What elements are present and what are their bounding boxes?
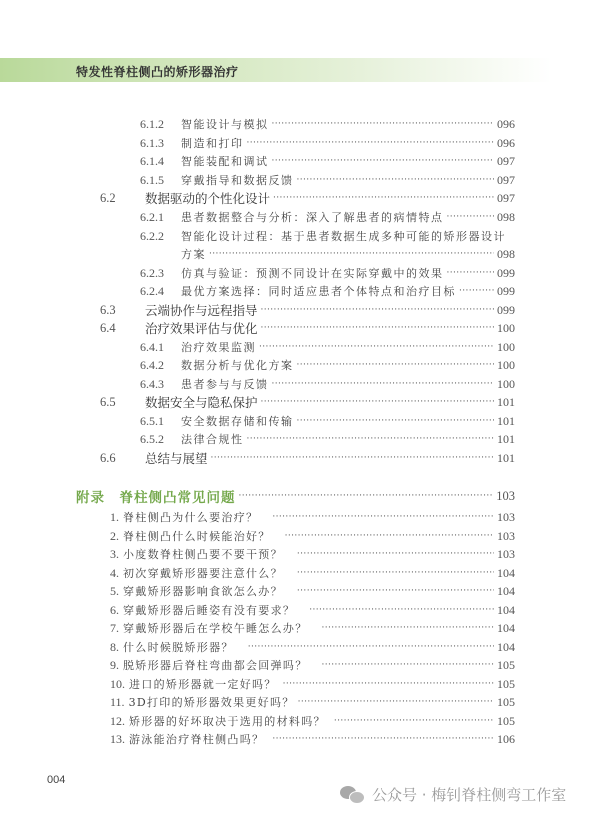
leader-dots: ········································… (261, 319, 494, 337)
leader-dots: ········································… (297, 564, 494, 582)
leader-dots: ········································… (261, 393, 494, 411)
toc-page: 096 (497, 136, 515, 151)
faq-page: 104 (497, 640, 515, 655)
toc-entry[interactable]: 6.5.1 安全数据存储和传输 ························… (140, 412, 515, 430)
faq-title: 什么时候脱矫形器？ (123, 639, 234, 655)
toc-entry[interactable]: 6.4.3 患者参与与反馈 ··························… (140, 375, 515, 393)
toc-page: 100 (497, 321, 515, 336)
faq-entry[interactable]: 5. 穿戴矫形器影响食欲怎么办？ ·······················… (110, 582, 515, 600)
leader-dots: ········································… (211, 449, 494, 467)
faq-number: 1. (110, 510, 119, 525)
faq-entry[interactable]: 4. 初次穿戴矫形器要注意什么？ ·······················… (110, 564, 515, 582)
faq-number: 10. (110, 677, 125, 692)
faq-title: 游泳能治疗脊柱侧凸吗？ (129, 731, 264, 747)
toc-entry[interactable]: 6.2.1 患者数据整合与分析：深入了解患者的病情特点 ············… (140, 208, 515, 226)
appendix-heading[interactable]: 附录 脊柱侧凸常见问题 ····························… (76, 485, 515, 507)
toc-page: 100 (497, 377, 515, 392)
toc-entry[interactable]: 6.3 云端协作与远程指导 ··························… (100, 301, 515, 319)
toc-number: 6.4.1 (140, 340, 181, 355)
faq-title: 初次穿戴矫形器要注意什么？ (123, 565, 283, 581)
leader-dots: ········································… (239, 487, 494, 505)
toc-title: 数据分析与优化方案 (181, 357, 294, 373)
toc-page: 098 (497, 210, 515, 225)
toc-title: 制造和打印 (181, 135, 244, 151)
faq-title: 穿戴矫形器后在学校午睡怎么办？ (123, 620, 308, 636)
toc-entry[interactable]: 6.4.1 治疗效果监测 ···························… (140, 338, 515, 356)
faq-page: 104 (497, 621, 515, 636)
leader-dots: ········································… (297, 582, 494, 600)
toc-entry-continuation[interactable]: 方案 ·····································… (181, 245, 515, 263)
toc-page: 101 (497, 451, 515, 466)
faq-title: 小度数脊柱侧凸要不要干预？ (123, 546, 283, 562)
faq-entry[interactable]: 3. 小度数脊柱侧凸要不要干预？ ·······················… (110, 545, 515, 563)
toc-page: 099 (497, 303, 515, 318)
faq-number: 5. (110, 584, 119, 599)
faq-entry[interactable]: 7. 穿戴矫形器后在学校午睡怎么办？ ·····················… (110, 619, 515, 637)
faq-page: 105 (497, 714, 515, 729)
toc-number: 6.2.4 (140, 284, 181, 299)
faq-title: 矫形器的好坏取决于选用的材料吗？ (129, 713, 326, 729)
faq-number: 7. (110, 621, 119, 636)
toc-page: 100 (497, 358, 515, 373)
faq-entry[interactable]: 13. 游泳能治疗脊柱侧凸吗？ ························… (110, 730, 515, 748)
leader-dots: ········································… (209, 245, 494, 263)
leader-dots: ········································… (297, 412, 495, 430)
leader-dots: ········································… (261, 301, 494, 319)
faq-number: 2. (110, 529, 119, 544)
leader-dots: ········································… (272, 508, 494, 526)
toc-number: 6.2.2 (140, 229, 181, 244)
toc-page: 100 (497, 340, 515, 355)
faq-page: 105 (497, 677, 515, 692)
toc-entry[interactable]: 6.2.4 最优方案选择：同时适应患者个体特点和治疗目标 ···········… (140, 282, 515, 300)
faq-page: 105 (497, 658, 515, 673)
toc-number: 6.2.1 (140, 210, 181, 225)
toc-page: 097 (497, 173, 515, 188)
toc-entry[interactable]: 6.5.2 法律合规性 ····························… (140, 430, 515, 448)
faq-entry[interactable]: 11. 3D打印的矫形器效果更好吗？ ·····················… (110, 693, 515, 711)
toc-page: 099 (497, 266, 515, 281)
toc-number: 6.5.1 (140, 414, 181, 429)
toc-entry[interactable]: 6.2.2 智能化设计过程：基于患者数据生成多种可能的矫形器设计 (140, 227, 515, 245)
faq-title: 脊柱侧凸什么时候能治好？ (123, 528, 271, 544)
faq-entry[interactable]: 9. 脱矫形器后脊柱弯曲都会回弹吗？ ·····················… (110, 656, 515, 674)
faq-number: 12. (110, 714, 125, 729)
leader-dots: ········································… (272, 152, 495, 170)
leader-dots: ········································… (273, 189, 494, 207)
wechat-icon (340, 786, 366, 804)
faq-title: 脱矫形器后脊柱弯曲都会回弹吗？ (123, 657, 308, 673)
faq-title: 穿戴矫形器后睡姿有没有要求？ (123, 602, 295, 618)
leader-dots: ········································… (247, 430, 495, 448)
leader-dots: ········································… (272, 115, 495, 133)
leader-dots: ········································… (285, 527, 494, 545)
toc-page: 101 (497, 414, 515, 429)
toc-number: 6.4 (100, 321, 145, 336)
faq-entry[interactable]: 2. 脊柱侧凸什么时候能治好？ ························… (110, 527, 515, 545)
toc-title: 患者数据整合与分析：深入了解患者的病情特点 (181, 209, 444, 225)
toc-entry[interactable]: 6.5 数据安全与隐私保护 ··························… (100, 393, 515, 411)
faq-number: 13. (110, 732, 125, 747)
page-number: 004 (47, 774, 65, 786)
leader-dots: ········································… (334, 712, 494, 730)
faq-entry[interactable]: 12. 矫形器的好坏取决于选用的材料吗？ ···················… (110, 712, 515, 730)
toc-title: 智能装配和调试 (181, 153, 269, 169)
faq-page: 103 (497, 529, 515, 544)
faq-page: 104 (497, 603, 515, 618)
toc-page: 096 (497, 117, 515, 132)
toc-title: 穿戴指导和数据反馈 (181, 172, 294, 188)
toc-number: 6.1.2 (140, 117, 181, 132)
toc-entry[interactable]: 6.1.4 智能装配和调试 ··························… (140, 152, 515, 170)
leader-dots: ········································… (297, 545, 494, 563)
toc-title: 仿真与验证：预测不同设计在实际穿戴中的效果 (181, 265, 444, 281)
toc-number: 6.1.5 (140, 173, 181, 188)
leader-dots: ········································… (309, 601, 494, 619)
toc-title: 治疗效果评估与优化 (145, 319, 258, 337)
toc-number: 6.4.2 (140, 358, 181, 373)
toc-page: 097 (497, 191, 515, 206)
faq-entry[interactable]: 6. 穿戴矫形器后睡姿有没有要求？ ······················… (110, 601, 515, 619)
faq-title: 穿戴矫形器影响食欲怎么办？ (123, 583, 283, 599)
toc-entry[interactable]: 6.6 总结与展望 ······························… (100, 449, 515, 467)
toc-number: 6.1.3 (140, 136, 181, 151)
toc-title: 方案 (181, 246, 206, 262)
leader-dots: ········································… (459, 282, 494, 300)
toc-page: 099 (497, 284, 515, 299)
faq-number: 6. (110, 603, 119, 618)
toc-number: 6.5 (100, 395, 145, 410)
toc-title: 数据安全与隐私保护 (145, 393, 258, 411)
faq-number: 3. (110, 547, 119, 562)
toc-number: 6.2.3 (140, 266, 181, 281)
faq-page: 105 (497, 695, 515, 710)
toc-title: 总结与展望 (145, 449, 208, 467)
toc-title: 智能化设计过程：基于患者数据生成多种可能的矫形器设计 (181, 228, 506, 244)
faq-title: 脊柱侧凸为什么要治疗？ (123, 509, 258, 525)
leader-dots: ········································… (447, 208, 495, 226)
toc-title: 数据驱动的个性化设计 (145, 189, 270, 207)
toc-entry[interactable]: 6.2 数据驱动的个性化设计 ·························… (100, 189, 515, 207)
faq-page: 104 (497, 584, 515, 599)
toc-title: 法律合规性 (181, 431, 244, 447)
faq-entry[interactable]: 8. 什么时候脱矫形器？ ···························… (110, 638, 515, 656)
faq-page: 103 (497, 547, 515, 562)
leader-dots: ········································… (322, 619, 495, 637)
toc-entry[interactable]: 6.2.3 仿真与验证：预测不同设计在实际穿戴中的效果 ············… (140, 264, 515, 282)
toc-number: 6.6 (100, 451, 145, 466)
toc-number: 6.1.4 (140, 154, 181, 169)
appendix-title: 附录 脊柱侧凸常见问题 (76, 486, 236, 506)
toc-title: 患者参与与反馈 (181, 376, 269, 392)
toc-entry[interactable]: 6.1.3 制造和打印 ····························… (140, 134, 515, 152)
toc-page: 101 (497, 395, 515, 410)
toc-title: 最优方案选择：同时适应患者个体特点和治疗目标 (181, 283, 456, 299)
leader-dots: ········································… (298, 693, 494, 711)
toc-entry[interactable]: 6.4.2 数据分析与优化方案 ························… (140, 356, 515, 374)
leader-dots: ········································… (247, 134, 495, 152)
leader-dots: ········································… (322, 656, 495, 674)
leader-dots: ········································… (447, 264, 495, 282)
faq-title: 进口的矫形器就一定好吗？ (129, 676, 277, 692)
toc-entry[interactable]: 6.4 治疗效果评估与优化 ··························… (100, 319, 515, 337)
toc-number: 6.4.3 (140, 377, 181, 392)
toc-page: 098 (497, 247, 515, 262)
faq-entry[interactable]: 10. 进口的矫形器就一定好吗？ ·······················… (110, 675, 515, 693)
leader-dots: ········································… (272, 375, 495, 393)
toc-page: 097 (497, 154, 515, 169)
book-title: 特发性脊柱侧凸的矫形器治疗 (76, 63, 239, 80)
leader-dots: ········································… (259, 338, 494, 356)
toc-title: 云端协作与远程指导 (145, 301, 258, 319)
faq-title: 3D打印的矫形器效果更好吗？ (129, 694, 295, 710)
leader-dots: ········································… (272, 730, 494, 748)
toc-title: 安全数据存储和传输 (181, 413, 294, 429)
toc-title: 智能设计与模拟 (181, 116, 269, 132)
faq-number: 4. (110, 566, 119, 581)
toc-entry[interactable]: 6.1.5 穿戴指导和数据反馈 ························… (140, 171, 515, 189)
faq-page: 103 (497, 510, 515, 525)
toc-page: 101 (497, 432, 515, 447)
faq-number: 8. (110, 640, 119, 655)
faq-page: 104 (497, 566, 515, 581)
toc-number: 6.5.2 (140, 432, 181, 447)
toc-number: 6.3 (100, 303, 145, 318)
toc-title: 治疗效果监测 (181, 339, 256, 355)
watermark-text: 公众号 · 梅钊脊柱侧弯工作室 (372, 784, 566, 805)
leader-dots: ········································… (297, 171, 495, 189)
toc-number: 6.2 (100, 191, 145, 206)
toc-page: 103 (496, 489, 515, 504)
faq-page: 106 (497, 732, 515, 747)
leader-dots: ········································… (297, 356, 495, 374)
toc-entry[interactable]: 6.1.2 智能设计与模拟 ··························… (140, 115, 515, 133)
faq-number: 11. (110, 695, 125, 710)
leader-dots: ········································… (248, 638, 494, 656)
leader-dots: ········································… (283, 675, 494, 693)
faq-number: 9. (110, 658, 119, 673)
watermark: 公众号 · 梅钊脊柱侧弯工作室 (340, 784, 566, 805)
faq-entry[interactable]: 1. 脊柱侧凸为什么要治疗？ ·························… (110, 508, 515, 526)
